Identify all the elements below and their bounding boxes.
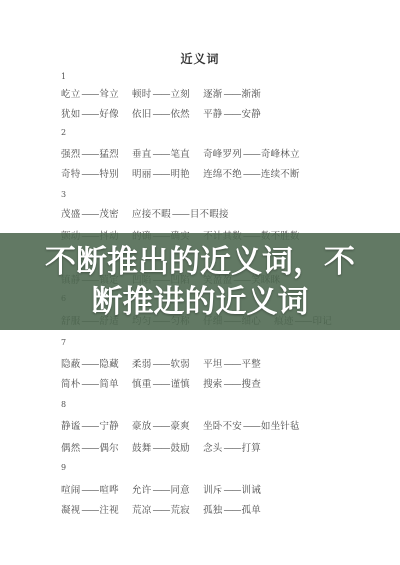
synonym-pair: 荒凉——荒寂 <box>132 502 190 516</box>
synonym-pair: 犹如——好像 <box>61 106 119 120</box>
synonym-pair: 静谧——宁静 <box>61 418 119 432</box>
section-number: 2 <box>61 128 66 137</box>
synonym-pair: 平坦——平整 <box>203 356 261 370</box>
synonym-pair: 应接不暇——目不暇接 <box>132 206 229 220</box>
synonym-pair: 搜索——搜查 <box>203 376 261 390</box>
headline-line-1: 不断推出的近义词，不 <box>45 242 355 282</box>
synonym-row: 奇特——特别 明丽——明艳 连绵不绝——连续不断 <box>61 166 310 180</box>
section-number: 9 <box>61 463 66 472</box>
synonym-pair: 隐蔽——隐藏 <box>61 356 119 370</box>
synonym-pair: 喧闹——喧哗 <box>61 482 119 496</box>
section-number: 8 <box>61 400 66 409</box>
synonym-row: 喧闹——喧哗 允许——同意 训斥——训诫 <box>61 482 271 496</box>
synonym-row: 隐蔽——隐藏 柔弱——软弱 平坦——平整 <box>61 356 271 370</box>
synonym-pair: 顿时——立刻 <box>132 86 190 100</box>
synonym-row: 凝视——注视 荒凉——荒寂 孤独——孤单 <box>61 502 271 516</box>
synonym-pair: 连绵不绝——连续不断 <box>203 166 300 180</box>
synonym-pair: 逐渐——渐渐 <box>203 86 261 100</box>
synonym-pair: 明丽——明艳 <box>132 166 190 180</box>
synonym-row: 强烈——猛烈 垂直——笔直 奇峰罗列——奇峰林立 <box>61 146 310 160</box>
synonym-pair: 平静——安静 <box>203 106 261 120</box>
synonym-row: 犹如——好像 依旧——依然 平静——安静 <box>61 106 271 120</box>
document-title: 近义词 <box>0 50 400 67</box>
synonym-pair: 孤独——孤单 <box>203 502 261 516</box>
headline: 不断推出的近义词，不 断推进的近义词 <box>0 233 400 330</box>
synonym-pair: 垂直——笔直 <box>132 146 190 160</box>
synonym-row: 屹立——耸立 顿时——立刻 逐渐——渐渐 <box>61 86 271 100</box>
synonym-pair: 简朴——简单 <box>61 376 119 390</box>
synonym-pair: 奇峰罗列——奇峰林立 <box>203 146 300 160</box>
synonym-row: 静谧——宁静 豪放——豪爽 坐卧不安——如坐针毡 <box>61 418 310 432</box>
section-number: 7 <box>61 338 66 347</box>
section-number: 3 <box>61 190 66 199</box>
synonym-pair: 豪放——豪爽 <box>132 418 190 432</box>
section-number: 1 <box>61 72 66 81</box>
headline-line-2: 断推进的近义词 <box>92 282 309 322</box>
synonym-pair: 凝视——注视 <box>61 502 119 516</box>
synonym-pair: 屹立——耸立 <box>61 86 119 100</box>
synonym-pair: 允许——同意 <box>132 482 190 496</box>
synonym-pair: 奇特——特别 <box>61 166 119 180</box>
synonym-pair: 柔弱——软弱 <box>132 356 190 370</box>
synonym-pair: 强烈——猛烈 <box>61 146 119 160</box>
synonym-row: 简朴——简单 慎重——谨慎 搜索——搜查 <box>61 376 271 390</box>
synonym-pair: 鼓舞——鼓励 <box>132 440 190 454</box>
synonym-pair: 慎重——谨慎 <box>132 376 190 390</box>
synonym-pair: 偶然——偶尔 <box>61 440 119 454</box>
synonym-pair: 依旧——依然 <box>132 106 190 120</box>
synonym-row: 茂盛——茂密 应接不暇——目不暇接 <box>61 206 239 220</box>
synonym-row: 偶然——偶尔 鼓舞——鼓励 念头——打算 <box>61 440 271 454</box>
synonym-pair: 坐卧不安——如坐针毡 <box>203 418 300 432</box>
synonym-pair: 念头——打算 <box>203 440 261 454</box>
synonym-pair: 训斥——训诫 <box>203 482 261 496</box>
synonym-pair: 茂盛——茂密 <box>61 206 119 220</box>
